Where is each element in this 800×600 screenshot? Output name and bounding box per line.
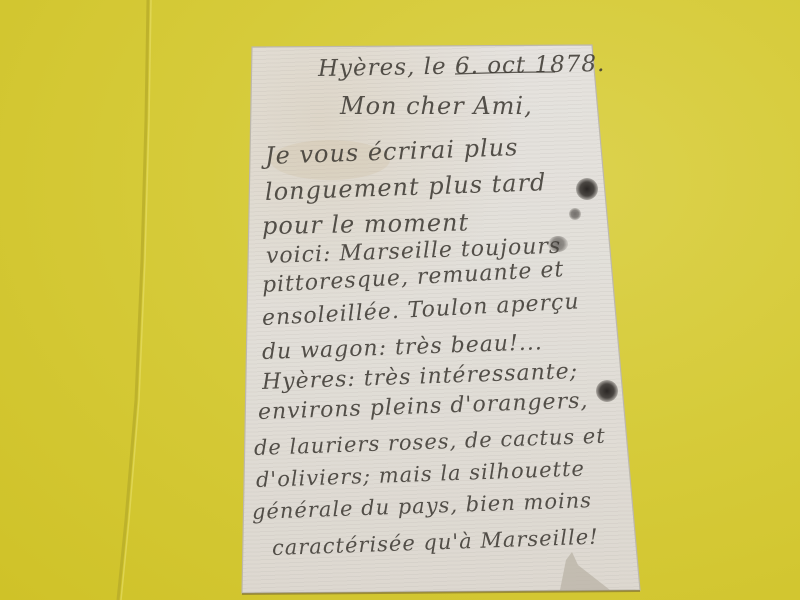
letter-sheet: Hyères, le 6. oct 1878. Mon cher Ami, Je… [0, 0, 800, 600]
paper-corner-crease [0, 0, 800, 600]
